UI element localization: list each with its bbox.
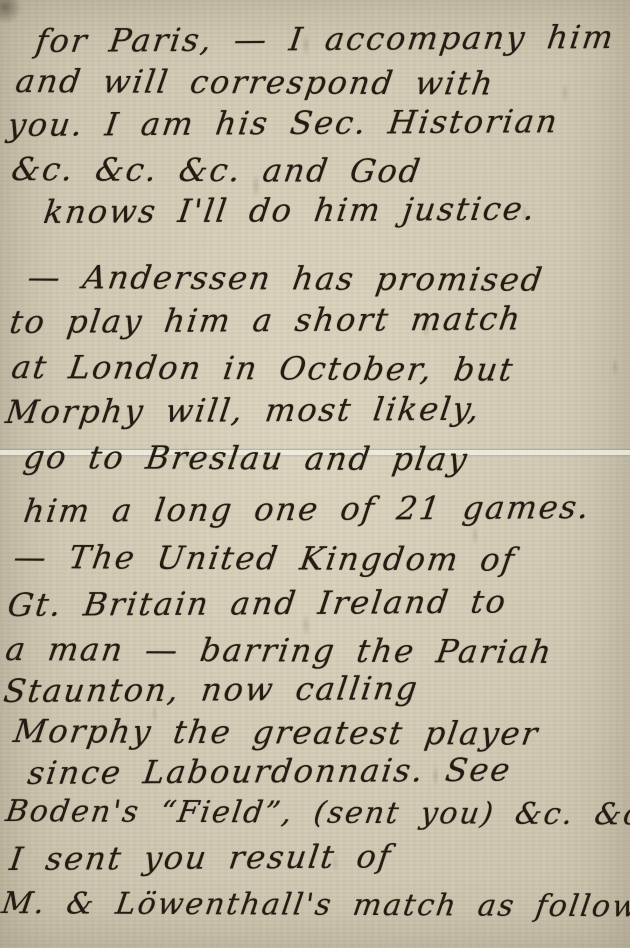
handwriting-line: Staunton, now calling <box>1 669 421 710</box>
handwriting-line: Gt. Britain and Ireland to <box>5 583 509 624</box>
handwriting-line: &c. &c. &c. and God <box>9 150 424 190</box>
handwriting-line: Morphy the greatest player <box>11 712 542 753</box>
letter-page: for Paris, — I accompany him and will co… <box>0 0 630 948</box>
handwriting-line: you. I am his Sec. Historian <box>5 102 561 144</box>
handwriting-line: and will correspond with <box>13 62 497 103</box>
handwriting-line: knows I'll do him justice. <box>41 190 538 231</box>
handwriting-line: Morphy will, most likely, <box>3 390 483 431</box>
handwriting-line: for Paris, — I accompany him <box>33 18 617 60</box>
handwriting-line: at London in October, but <box>9 348 517 389</box>
handwriting-line: go to Breslau and play <box>21 438 471 478</box>
handwriting-line: him a long one of 21 games. <box>21 488 593 530</box>
handwriting-line: — The United Kingdom of <box>11 538 518 579</box>
handwriting-line: M. & Löwenthall's match as follows, <box>0 886 630 924</box>
handwriting-line: since Labourdonnais. See <box>25 751 514 792</box>
handwriting-line: a man — barring the Pariah <box>3 630 555 671</box>
handwriting-line: I sent you result of <box>7 837 394 878</box>
handwriting-line: to play him a short match <box>7 299 524 341</box>
handwriting-line: Boden's “Field”, (sent you) &c. &c. <box>3 794 630 832</box>
handwriting-line: — Anderssen has promised <box>25 258 546 299</box>
